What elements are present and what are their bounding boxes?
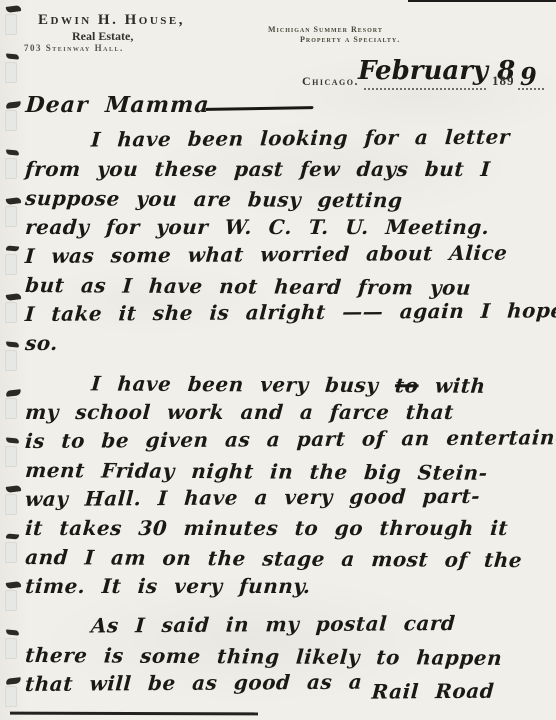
letter-line-text: ment Friday night in the big Stein- bbox=[24, 458, 488, 485]
letter-line: my school work and a farce that bbox=[24, 400, 556, 429]
letter-line-text: way Hall. I have a very good part- bbox=[24, 484, 481, 511]
letter-line-text: I have been looking for a letter bbox=[90, 125, 510, 152]
letter-body: Dear Mamma I have been looking for a let… bbox=[24, 92, 556, 701]
letter-line: way Hall. I have a very good part- bbox=[24, 483, 556, 516]
letter-line: it takes 30 minutes to go through it bbox=[24, 516, 556, 545]
letter-line: I was some what worried about Alice bbox=[24, 240, 556, 273]
binding-hole bbox=[4, 150, 22, 180]
letter-line: I take it she is alright —— again I hope bbox=[24, 298, 556, 331]
letter-line: is to be given as a part of an entertain… bbox=[24, 425, 556, 458]
handwritten-year-digit: 9 bbox=[520, 62, 537, 91]
binding-hole bbox=[4, 486, 22, 516]
letter-line-text: but as I have not heard from you bbox=[24, 273, 472, 300]
letter-line-text: my school work and a farce that bbox=[24, 400, 454, 424]
sender-business: Real Estate, bbox=[72, 29, 133, 44]
binding-hole bbox=[4, 6, 22, 36]
printed-year-prefix: 189 bbox=[492, 73, 515, 89]
sender-name: Edwin H. House, bbox=[38, 12, 185, 29]
binding-hole bbox=[4, 630, 22, 660]
letter-line-struck-word: to bbox=[394, 373, 419, 397]
greeting-flourish bbox=[205, 106, 313, 111]
letter-page: Edwin H. House, Real Estate, 703 Steinwa… bbox=[0, 0, 556, 720]
binding-hole bbox=[4, 294, 22, 324]
sender-address: 703 Steinway Hall. bbox=[24, 43, 124, 53]
letter-line-dropped-text: Rail Road bbox=[371, 679, 495, 704]
binding-hole bbox=[4, 102, 22, 132]
letter-line-text: with bbox=[418, 373, 487, 397]
scan-edge-top bbox=[408, 0, 556, 2]
binding-hole bbox=[4, 54, 22, 84]
letter-line-text: so. bbox=[24, 331, 58, 355]
binding-hole bbox=[4, 198, 22, 228]
letter-line-text: is to be given as a part of an entertain… bbox=[24, 425, 556, 453]
tagline-line1: Michigan Summer Resort bbox=[268, 25, 383, 34]
letter-lines: I have been looking for a letterfrom you… bbox=[24, 128, 556, 701]
binding-hole bbox=[4, 342, 22, 372]
year-digit-slot: 9 bbox=[518, 66, 544, 90]
letter-line: ready for your W. C. T. U. Meeting. bbox=[24, 215, 556, 244]
letter-line-text: suppose you are busy getting bbox=[24, 186, 403, 212]
binding-hole bbox=[4, 582, 22, 612]
binding-hole bbox=[4, 534, 22, 564]
letter-line-text: As I said in my postal card bbox=[90, 611, 456, 638]
letter-line: As I said in my postal card bbox=[24, 610, 556, 643]
binding-hole bbox=[4, 678, 22, 708]
letter-line: so. bbox=[24, 331, 556, 360]
scan-edge-bottom bbox=[10, 712, 258, 716]
letter-line-text: that will be as good as a bbox=[24, 670, 363, 696]
greeting-row: Dear Mamma bbox=[24, 92, 556, 128]
letter-line-text: ready for your W. C. T. U. Meeting. bbox=[24, 215, 490, 239]
binding-hole bbox=[4, 390, 22, 420]
letter-line-text: I take it she is alright —— again I hope bbox=[24, 298, 556, 326]
letter-line: I have been looking for a letter bbox=[24, 124, 556, 157]
letter-line: I have been very busy to with bbox=[24, 371, 556, 403]
date-slot: February 8 bbox=[364, 66, 486, 90]
binding-hole bbox=[4, 246, 22, 276]
binding-hole bbox=[4, 438, 22, 468]
letter-line-text: time. It is very funny. bbox=[24, 574, 311, 598]
letter-line-text: I was some what worried about Alice bbox=[24, 241, 508, 268]
letter-line-text: from you these past few days but I bbox=[24, 157, 491, 181]
tagline-line2: Property a Specialty. bbox=[300, 35, 400, 44]
letter-line: time. It is very funny. bbox=[24, 574, 556, 603]
letter-line-text: it takes 30 minutes to go through it bbox=[24, 516, 509, 540]
letter-line-text: there is some thing likely to happen bbox=[24, 643, 503, 670]
letter-line-text: I have been very busy bbox=[90, 371, 396, 397]
city-label: Chicago. bbox=[302, 74, 359, 89]
letter-line: that will be as good as aRail Road bbox=[24, 668, 556, 701]
greeting: Dear Mamma bbox=[25, 92, 211, 118]
letter-line-text: and I am on the stage a most of the bbox=[24, 545, 523, 572]
letter-line: from you these past few days but I bbox=[24, 157, 556, 186]
letter-line: and I am on the stage a most of the bbox=[24, 545, 556, 577]
letter-line: suppose you are busy getting bbox=[24, 186, 556, 218]
